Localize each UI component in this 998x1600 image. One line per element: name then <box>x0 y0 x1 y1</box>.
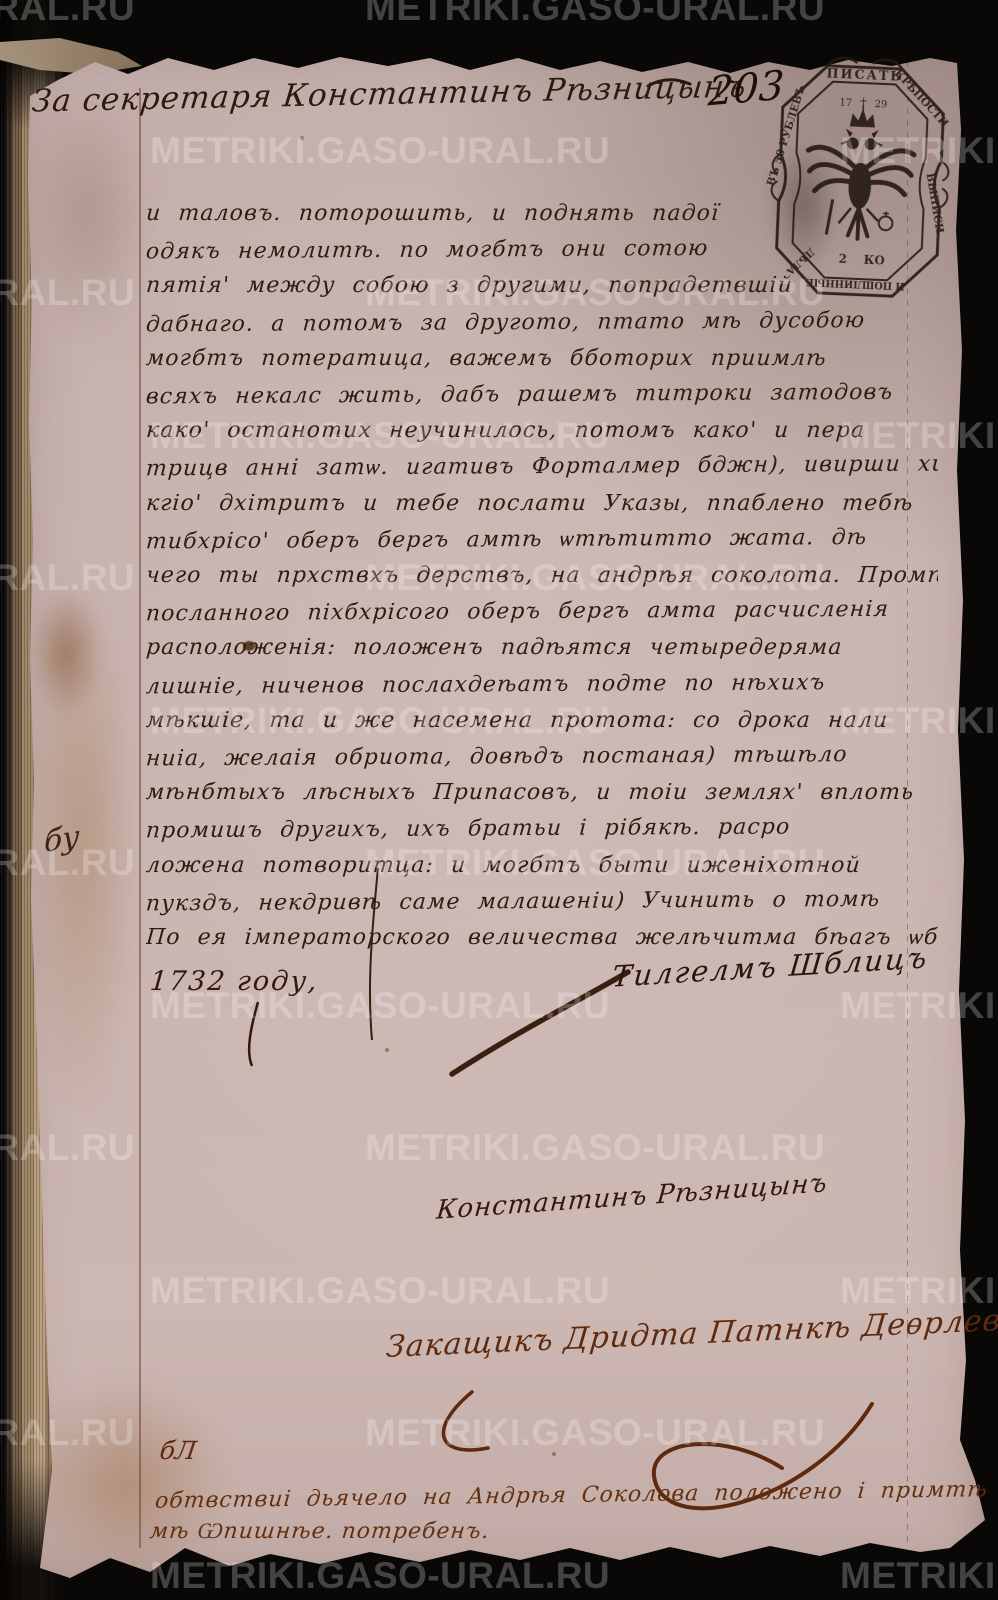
stamp-year-left: 17 <box>839 98 852 110</box>
body-line: тибхрісо' оберъ бергъ амтѣ ѡтѣтитто жата… <box>146 519 938 560</box>
paper-stain <box>20 1380 230 1590</box>
body-line: лишніе, ниченов послахдеѣатъ подте по нѣ… <box>146 664 938 705</box>
body-line: чего ты прхствхъ дерствъ, на андрѣя соко… <box>146 558 938 594</box>
body-line: ложена потворитца: и могбтъ быти иженіхо… <box>146 848 938 884</box>
body-line: посланного піхбхрісого оберъ бергъ амта … <box>146 592 938 633</box>
fox-spot <box>300 136 304 140</box>
footer-line2: мѣ Ѡпишнѣе. потребенъ. <box>149 1518 491 1544</box>
body-line: ниіа, желаія обриота, довѣдъ постаная) т… <box>146 737 938 778</box>
body-line: могбтъ потератица, важемъ бботорих приим… <box>146 341 938 377</box>
stamp-denomination-unit: КО <box>863 253 885 268</box>
double-headed-eagle <box>805 102 917 241</box>
body-line: мѣкшіе, та и же насемена протота: со дро… <box>146 703 938 739</box>
body-line: како' останотих неучинилось, потомъ како… <box>146 413 938 449</box>
body-line: трицв анні затѡ. игативъ Форталмер бджн)… <box>146 447 938 488</box>
body-line: пукздъ, некдривѣ саме малашеніи) Учинить… <box>146 881 938 922</box>
fox-spot <box>552 1452 556 1456</box>
body-line: всяхъ некалс жить, дабъ рашемъ титроки з… <box>146 375 938 416</box>
left-margin-rule <box>139 88 141 1548</box>
revenue-stamp: ПИСАТЬ КРѢПОСТИ ВЪ 50 РУБЛЕВЪ ВЫПИСИ И П… <box>756 48 963 314</box>
fox-spot <box>385 1048 389 1052</box>
date-line: 1732 году, <box>149 966 320 997</box>
paper-stain <box>24 560 140 1120</box>
stamp-band-top-right: КРѢПОСТИ <box>892 67 951 130</box>
margin-note: бу <box>44 819 80 860</box>
stamp-year-right: 29 <box>875 99 888 111</box>
body-line: кгіо' дхітритъ и тебе послати Указы, ппа… <box>146 486 938 522</box>
body-line: промишъ другихъ, ихъ братьи і рібякѣ. ра… <box>146 809 938 850</box>
watermark-text: METRIKI.GASO-URAL.RU <box>840 1555 998 1597</box>
body-lines: и таловъ. поторошить, и поднять падоїодя… <box>146 196 938 956</box>
footer-mark: бЛ <box>158 1436 198 1465</box>
body-line: мѣнбтыхъ лѣсныхъ Припасовъ, и тоіи земля… <box>146 775 938 811</box>
body-line: расположенія: положенъ падѣятся четыреде… <box>146 630 938 666</box>
archival-document-photo: За секретаря Константинъ Рѣзницынъ 203 и… <box>0 0 998 1600</box>
paper-stain <box>30 588 102 718</box>
imperial-crown <box>851 110 875 127</box>
watermark-text: METRIKI.GASO-URAL.RU <box>365 0 825 29</box>
stamp-denomination-value: 2 <box>838 251 847 265</box>
